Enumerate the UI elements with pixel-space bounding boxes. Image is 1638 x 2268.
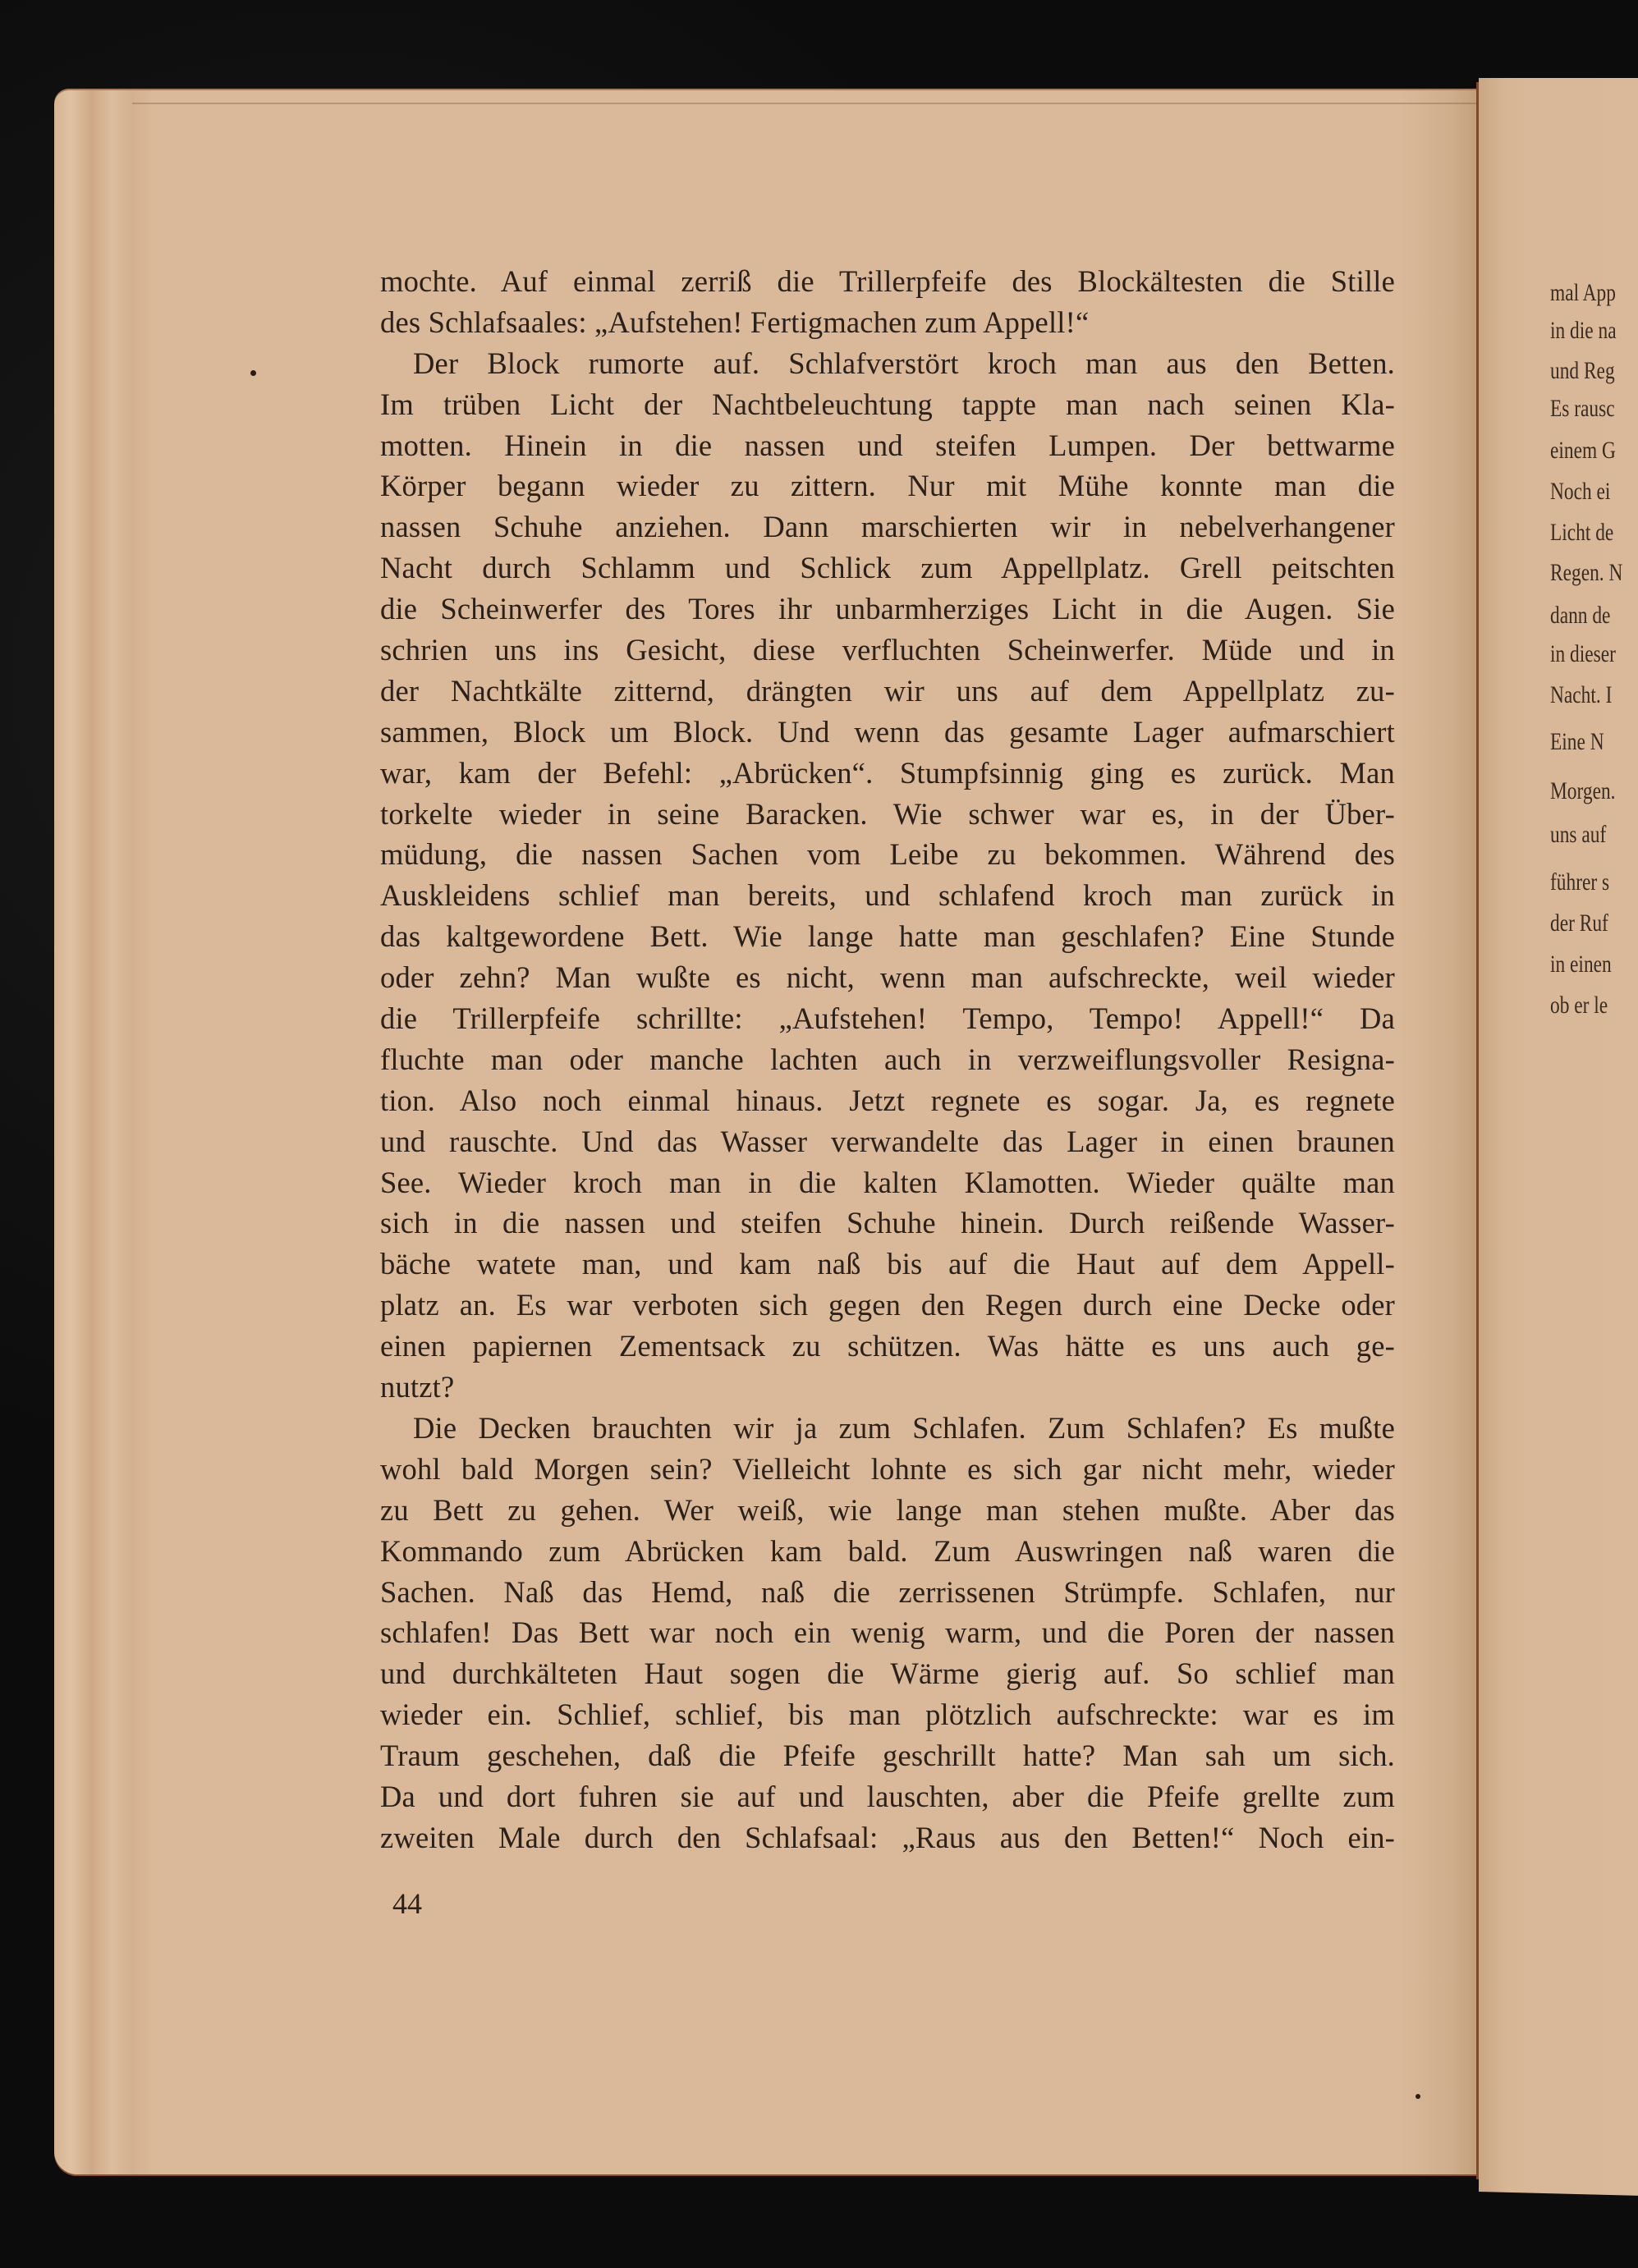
text-line: zweiten Male durch den Schlafsaal: „Raus…: [380, 1817, 1395, 1858]
text-line: mochte. Auf einmal zerriß die Trillerpfe…: [380, 261, 1395, 302]
text-line: die Trillerpfeife schrillte: „Aufstehen!…: [380, 998, 1395, 1039]
facing-text-line: in einen: [1550, 951, 1612, 978]
text-line: und durchkälteten Haut sogen die Wärme g…: [380, 1653, 1395, 1694]
text-line: oder zehn? Man wußte es nicht, wenn man …: [380, 957, 1395, 998]
facing-text-line: mal App: [1550, 279, 1616, 307]
text-line: die Scheinwerfer des Tores ihr unbarmher…: [380, 589, 1395, 630]
facing-text-line: dann de: [1550, 602, 1610, 630]
text-line: wohl bald Morgen sein? Vielleicht lohnte…: [380, 1449, 1395, 1490]
text-line: Kommando zum Abrücken kam bald. Zum Ausw…: [380, 1531, 1395, 1572]
facing-text-line: Regen. N: [1550, 559, 1622, 587]
facing-text-line: und Reg: [1550, 357, 1615, 385]
text-line: zu Bett zu gehen. Wer weiß, wie lange ma…: [380, 1490, 1395, 1531]
text-line: Da und dort fuhren sie auf und lauschten…: [380, 1776, 1395, 1817]
facing-text-line: Morgen.: [1550, 777, 1616, 805]
text-line: das kaltgewordene Bett. Wie lange hatte …: [380, 916, 1395, 957]
text-line: Auskleidens schlief man bereits, und sch…: [380, 875, 1395, 916]
facing-text-line: in dieser: [1550, 640, 1616, 668]
text-line: und rauschte. Und das Wasser verwandelte…: [380, 1121, 1395, 1162]
facing-text-line: uns auf: [1550, 821, 1606, 849]
text-line: Körper begann wieder zu zittern. Nur mit…: [380, 465, 1395, 506]
facing-text-line: Es rausc: [1550, 395, 1615, 423]
text-line: einen papiernen Zementsack zu schützen. …: [380, 1326, 1395, 1367]
page-body-text: mochte. Auf einmal zerriß die Trillerpfe…: [380, 261, 1395, 1858]
text-line: platz an. Es war verboten sich gegen den…: [380, 1285, 1395, 1326]
paper-speck: [250, 370, 256, 376]
text-line: sammen, Block um Block. Und wenn das ges…: [380, 712, 1395, 753]
facing-text-line: Eine N: [1550, 728, 1604, 756]
text-line: motten. Hinein in die nassen und steifen…: [380, 425, 1395, 466]
facing-text-line: ob er le: [1550, 992, 1608, 1019]
text-line: Im trüben Licht der Nachtbeleuchtung tap…: [380, 384, 1395, 425]
text-line: müdung, die nassen Sachen vom Leibe zu b…: [380, 834, 1395, 875]
page-number: 44: [392, 1886, 422, 1921]
text-line: sich in die nassen und steifen Schuhe hi…: [380, 1203, 1395, 1244]
text-line: torkelte wieder in seine Baracken. Wie s…: [380, 794, 1395, 835]
text-line: Sachen. Naß das Hemd, naß die zerrissene…: [380, 1572, 1395, 1613]
text-line: fluchte man oder manche lachten auch in …: [380, 1039, 1395, 1080]
text-line: nassen Schuhe anziehen. Dann marschierte…: [380, 506, 1395, 548]
text-line: schlafen! Das Bett war noch ein wenig wa…: [380, 1612, 1395, 1653]
text-line: tion. Also noch einmal hinaus. Jetzt reg…: [380, 1080, 1395, 1121]
text-line: war, kam der Befehl: „Abrücken“. Stumpfs…: [380, 753, 1395, 794]
facing-text-line: einem G: [1550, 437, 1616, 465]
text-line: Nacht durch Schlamm und Schlick zum Appe…: [380, 548, 1395, 589]
text-line: bäche watete man, und kam naß bis auf di…: [380, 1244, 1395, 1285]
text-line: Traum geschehen, daß die Pfeife geschril…: [380, 1735, 1395, 1776]
facing-text-line: in die na: [1550, 317, 1617, 345]
text-line: nutzt?: [380, 1367, 1395, 1408]
text-line: der Nachtkälte zitternd, drängten wir un…: [380, 671, 1395, 712]
facing-text-line: führer s: [1550, 868, 1609, 896]
facing-text-line: Licht de: [1550, 519, 1613, 547]
text-line: Der Block rumorte auf. Schlafverstört kr…: [380, 343, 1395, 384]
facing-text-line: Noch ei: [1550, 478, 1610, 506]
paper-speck: [1415, 2094, 1420, 2099]
text-line: des Schlafsaales: „Aufstehen! Fertigmach…: [380, 302, 1395, 343]
text-line: wieder ein. Schlief, schlief, bis man pl…: [380, 1694, 1395, 1735]
facing-text-line: der Ruf: [1550, 909, 1608, 937]
text-line: See. Wieder kroch man in die kalten Klam…: [380, 1162, 1395, 1203]
text-line: Die Decken brauchten wir ja zum Schlafen…: [380, 1408, 1395, 1449]
facing-text-line: Nacht. I: [1550, 681, 1612, 709]
book-spine: [1476, 82, 1479, 2179]
text-line: schrien uns ins Gesicht, diese verflucht…: [380, 630, 1395, 671]
